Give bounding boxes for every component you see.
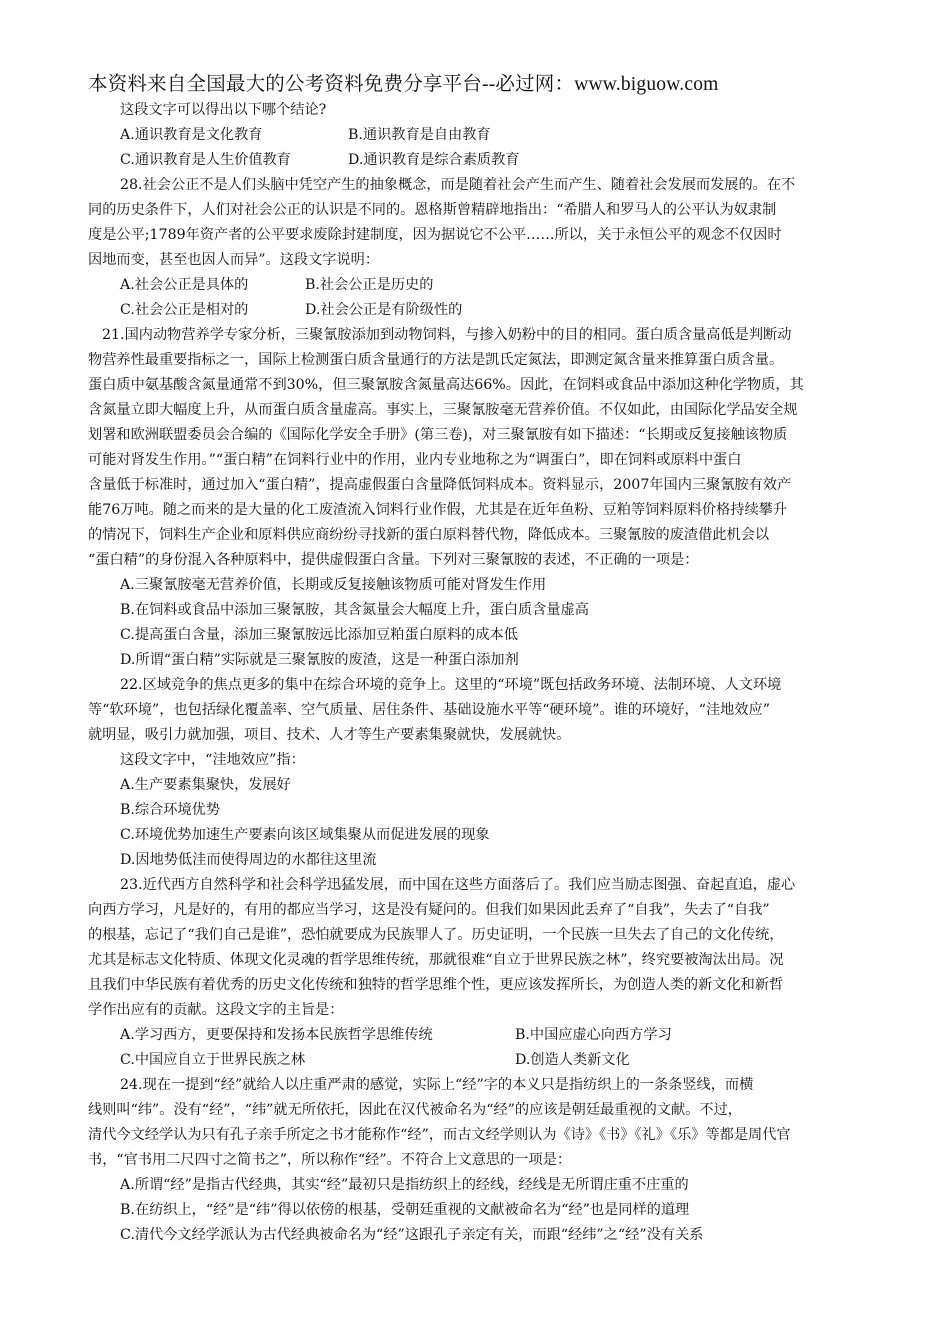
question-stem: 这段文字中，“洼地效应”指： — [88, 748, 908, 773]
passage-line: 含氮量立即大幅度上升，从而蛋白质含量虚高。事实上，三聚氰胺毫无营养价值。不仅如此… — [88, 398, 908, 423]
passage-line: 能76万吨。随之而来的是大量的化工废渣流入饲料行业作假，尤其是在近年鱼粉、豆粕等… — [88, 498, 908, 523]
option-c: C.通识教育是人生价值教育 — [120, 148, 348, 173]
passage-line: 的根基，忘记了“我们自己是谁”，恐怕就要成为民族罪人了。历史证明，一个民族一旦失… — [88, 923, 908, 948]
passage-line: 28.社会公正不是人们头脑中凭空产生的抽象概念，而是随着社会产生而产生、随着社会… — [88, 173, 908, 198]
passage-line: 就明显，吸引力就加强，项目、技术、人才等生产要素集聚就快，发展就快。 — [88, 723, 908, 748]
passage-line: 21.国内动物营养学专家分析，三聚氰胺添加到动物饲料，与掺入奶粉中的目的相同。蛋… — [88, 323, 908, 348]
passage-line: “蛋白精”的身份混入各种原料中，提供虚假蛋白含量。下列对三聚氰胺的表述，不正确的… — [88, 548, 908, 573]
passage-line: 同的历史条件下，人们对社会公正的认识是不同的。恩格斯曾精辟地指出：“希腊人和罗马… — [88, 198, 908, 223]
option-b: B.社会公正是历史的 — [305, 273, 433, 298]
option-a: A.学习西方，更要保持和发扬本民族哲学思维传统 — [120, 1023, 515, 1048]
passage-line: 尤其是标志文化特质、体现文化灵魂的哲学思维传统，那就很难“自立于世界民族之林”，… — [88, 948, 908, 973]
passage-line: 含量低于标准时，通过加入“蛋白精”，提高虚假蛋白含量降低饲料成本。资料显示，20… — [88, 473, 908, 498]
passage-line: 22.区域竞争的焦点更多的集中在综合环境的竞争上。这里的“环境”既包括政务环境、… — [88, 673, 908, 698]
question-28: 28.社会公正不是人们头脑中凭空产生的抽象概念，而是随着社会产生而产生、随着社会… — [88, 173, 908, 323]
option-b: B.综合环境优势 — [88, 798, 908, 823]
passage-line: 等“软环境”，也包括绿化覆盖率、空气质量、居住条件、基础设施水平等“硬环境”。谁… — [88, 698, 908, 723]
passage-line: 度是公平;1789年资产者的公平要求废除封建制度，因为据说它不公平……所以，关于… — [88, 223, 908, 248]
question-23: 23.近代西方自然科学和社会科学迅猛发展，而中国在这些方面落后了。我们应当励志图… — [88, 873, 908, 1073]
question-prev: 这段文字可以得出以下哪个结论? A.通识教育是文化教育 B.通识教育是自由教育 … — [88, 98, 908, 173]
question-24: 24.现在一提到“经”就给人以庄重严肃的感觉，实际上“经”字的本义只是指纺织上的… — [88, 1073, 908, 1248]
question-22: 22.区域竞争的焦点更多的集中在综合环境的竞争上。这里的“环境”既包括政务环境、… — [88, 673, 908, 873]
option-d: D.所谓“蛋白精”实际就是三聚氰胺的废渣，这是一种蛋白添加剂 — [88, 648, 908, 673]
options-row: A.社会公正是具体的 B.社会公正是历史的 — [88, 273, 908, 298]
option-b: B.通识教育是自由教育 — [348, 123, 491, 148]
options-row: C.通识教育是人生价值教育 D.通识教育是综合素质教育 — [88, 148, 908, 173]
option-a: A.三聚氰胺毫无营养价值，长期或反复接触该物质可能对肾发生作用 — [88, 573, 908, 598]
question-stem: 这段文字可以得出以下哪个结论? — [88, 98, 908, 123]
passage-line: 向西方学习，凡是好的，有用的都应当学习，这是没有疑问的。但我们如果因此丢弃了“自… — [88, 898, 908, 923]
document-page: 本资料来自全国最大的公考资料免费分享平台--必过网：www.biguow.com… — [0, 0, 950, 1344]
page-header: 本资料来自全国最大的公考资料免费分享平台--必过网：www.biguow.com — [88, 68, 719, 96]
option-d: D.因地势低洼而使得周边的水都往这里流 — [88, 848, 908, 873]
passage-line: 清代今文经学认为只有孔子亲手所定之书才能称作“经”，而古文经学则认为《诗》《书》… — [88, 1123, 908, 1148]
option-c: C.中国应自立于世界民族之林 — [120, 1048, 515, 1073]
option-a: A.生产要素集聚快，发展好 — [88, 773, 908, 798]
passage-line: 可能对肾发生作用。”“蛋白精”在饲料行业中的作用，业内专业地称之为“调蛋白”，即… — [88, 448, 908, 473]
option-c: C.社会公正是相对的 — [120, 298, 305, 323]
option-a: A.社会公正是具体的 — [120, 273, 305, 298]
passage-line: 因地而变，甚至也因人而异”。这段文字说明： — [88, 248, 908, 273]
passage-line: 物营养性最重要指标之一，国际上检测蛋白质含量通行的方法是凯氏定氮法，即测定氮含量… — [88, 348, 908, 373]
options-row: C.中国应自立于世界民族之林 D.创造人类新文化 — [88, 1048, 908, 1073]
passage-line: 23.近代西方自然科学和社会科学迅猛发展，而中国在这些方面落后了。我们应当励志图… — [88, 873, 908, 898]
option-b: B.中国应虚心向西方学习 — [515, 1023, 672, 1048]
question-21: 21.国内动物营养学专家分析，三聚氰胺添加到动物饲料，与掺入奶粉中的目的相同。蛋… — [88, 323, 908, 673]
option-b: B.在饲料或食品中添加三聚氰胺，其含氮量会大幅度上升，蛋白质含量虚高 — [88, 598, 908, 623]
options-row: C.社会公正是相对的 D.社会公正是有阶级性的 — [88, 298, 908, 323]
passage-line: 的情况下，饲料生产企业和原料供应商纷纷寻找新的蛋白原料替代物，降低成本。三聚氰胺… — [88, 523, 908, 548]
passage-line: 线则叫“纬”。没有“经”，“纬”就无所依托，因此在汉代被命名为“经”的应该是朝廷… — [88, 1098, 908, 1123]
passage-line: 划署和欧洲联盟委员会合编的《国际化学安全手册》(第三卷)，对三聚氰胺有如下描述：… — [88, 423, 908, 448]
option-c: C.清代今文经学派认为古代经典被命名为“经”这跟孔子亲定有关，而跟“经纬”之“经… — [88, 1223, 908, 1248]
option-a: A.所谓“经”是指古代经典，其实“经”最初只是指纺织上的经线，经线是无所谓庄重不… — [88, 1173, 908, 1198]
option-d: D.社会公正是有阶级性的 — [305, 298, 462, 323]
passage-line: 24.现在一提到“经”就给人以庄重严肃的感觉，实际上“经”字的本义只是指纺织上的… — [88, 1073, 908, 1098]
option-b: B.在纺织上，“经”是“纬”得以依傍的根基，受朝廷重视的文献被命名为“经”也是同… — [88, 1198, 908, 1223]
passage-line: 且我们中华民族有着优秀的历史文化传统和独特的哲学思维个性，更应该发挥所长，为创造… — [88, 973, 908, 998]
options-row: A.通识教育是文化教育 B.通识教育是自由教育 — [88, 123, 908, 148]
options-row: A.学习西方，更要保持和发扬本民族哲学思维传统 B.中国应虚心向西方学习 — [88, 1023, 908, 1048]
option-c: C.环境优势加速生产要素向该区域集聚从而促进发展的现象 — [88, 823, 908, 848]
passage-line: 书，“官书用二尺四寸之简书之”，所以称作“经”。不符合上文意思的一项是： — [88, 1148, 908, 1173]
option-c: C.提高蛋白含量，添加三聚氰胺远比添加豆粕蛋白原料的成本低 — [88, 623, 908, 648]
passage-line: 学作出应有的贡献。这段文字的主旨是： — [88, 998, 908, 1023]
option-d: D.通识教育是综合素质教育 — [348, 148, 519, 173]
document-body: 这段文字可以得出以下哪个结论? A.通识教育是文化教育 B.通识教育是自由教育 … — [88, 98, 908, 1248]
option-d: D.创造人类新文化 — [515, 1048, 630, 1073]
passage-line: 蛋白质中氨基酸含氮量通常不到30%，但三聚氰胺含氮量高达66%。因此，在饲料或食… — [88, 373, 908, 398]
option-a: A.通识教育是文化教育 — [120, 123, 348, 148]
